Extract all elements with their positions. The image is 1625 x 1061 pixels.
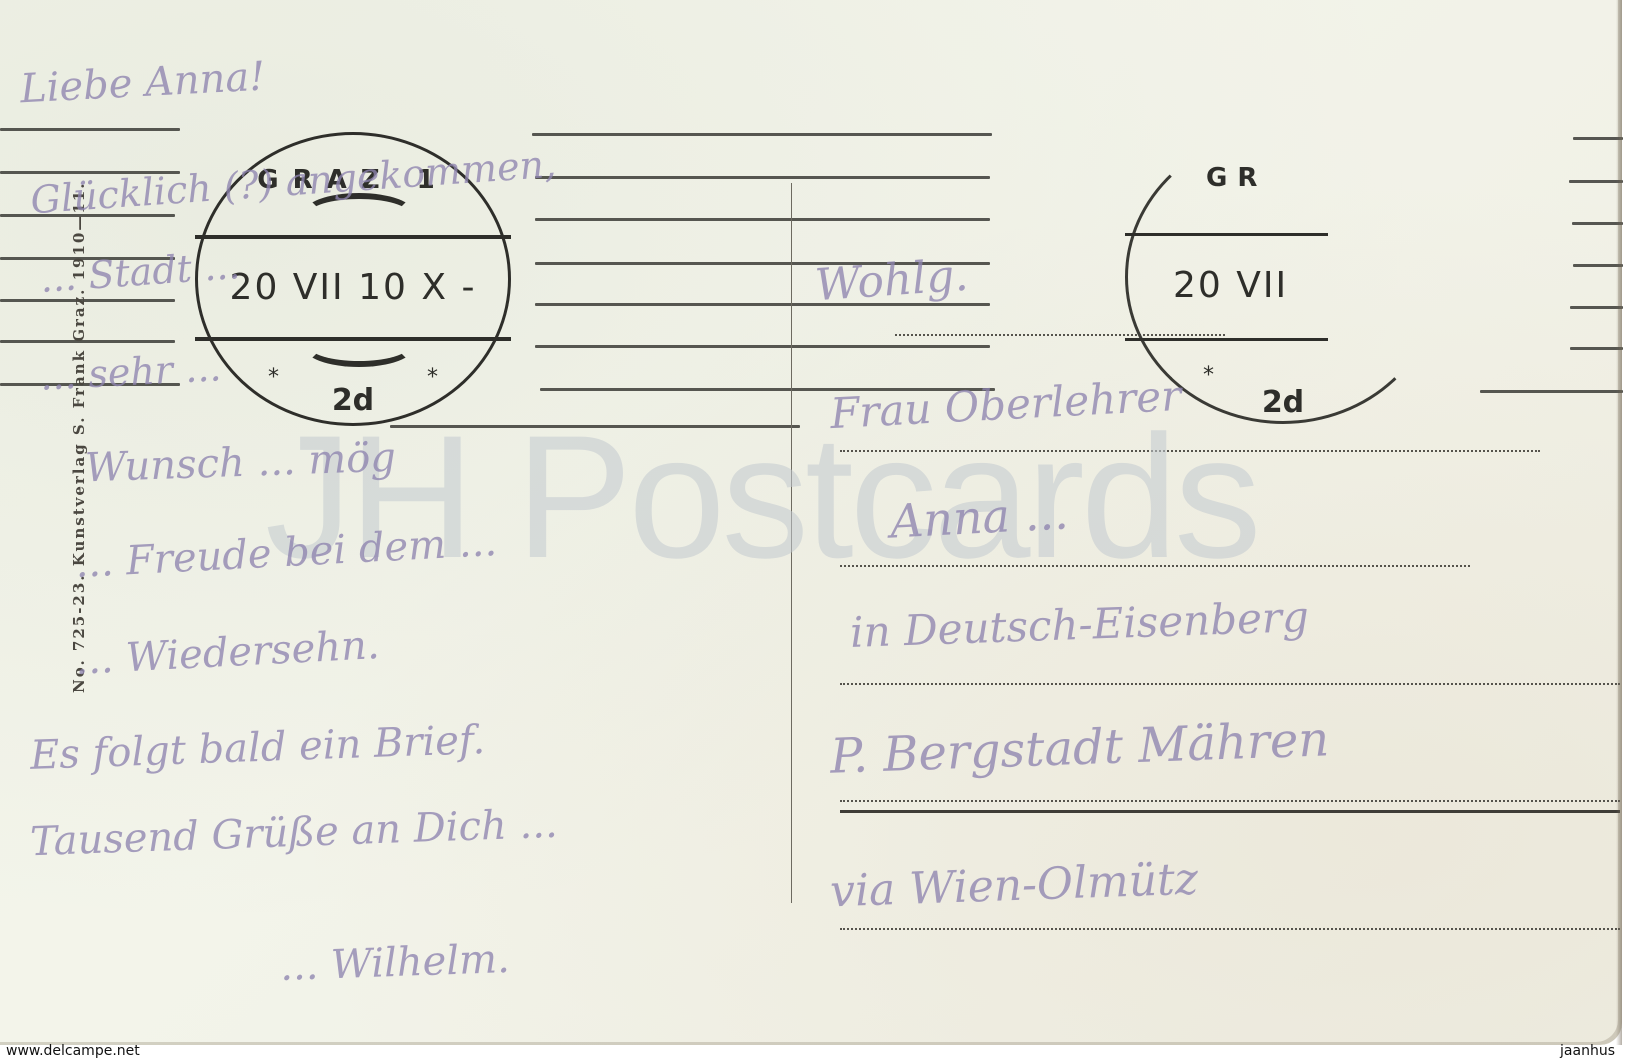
postmark-band [1125,233,1328,236]
address-line: P. Bergstadt Mähren [829,711,1330,784]
postmark-arc [303,325,415,367]
message-line: ... Wiedersehn. [74,622,381,684]
address-line: via Wien-Olmütz [829,854,1199,918]
message-line: Es folgt bald ein Brief. [29,717,485,779]
postmark-city: GR [1128,163,1438,193]
postmark-band [1125,338,1328,341]
postmark-date: 20 VII 10 X - [198,267,508,308]
message-line: Liebe Anna! [19,54,266,113]
address-line: Wohlg. [813,250,969,312]
seller-credit: jaanhus [1560,1043,1615,1059]
message-line: ... Wilhelm. [279,936,510,990]
message-line: ... sehr ... [39,345,222,398]
postcard-back: No. 725-23. Kunstverlag S. Frank Graz. 1… [0,0,1622,1045]
postmark-date: 20 VII [1128,265,1438,306]
address-line: Anna ... [889,485,1070,548]
source-credit: www.delcampe.net [6,1043,140,1059]
postmark-band [195,235,511,239]
message-line: Tausend Grüße an Dich ... [29,801,558,865]
address-line: in Deutsch-Eisenberg [849,592,1309,657]
